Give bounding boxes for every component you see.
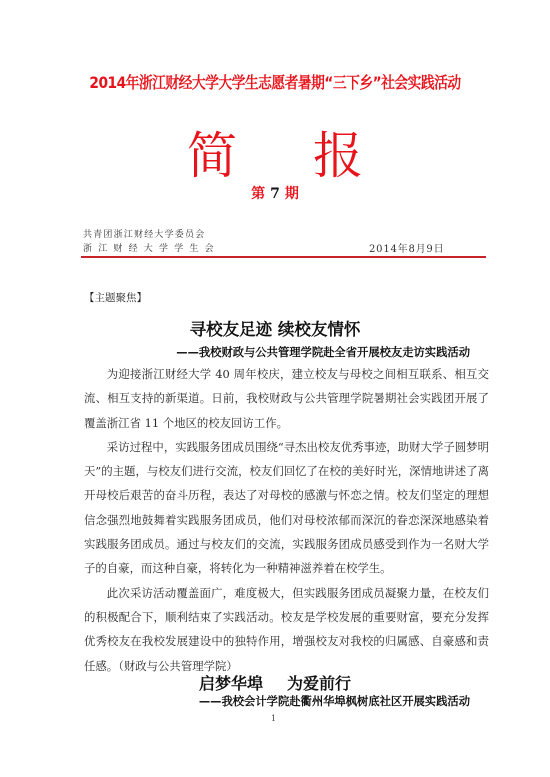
article-2-title-part-2: 为爱前行: [287, 671, 351, 694]
article-1-paragraph: 为迎接浙江财经大学 40 周年校庆，建立校友与母校之间相互联系、相互交流、相互支…: [84, 362, 489, 435]
issue-value: 7: [270, 186, 280, 202]
publish-date: 2014年8月9日: [369, 240, 444, 255]
article-1-paragraph: 采访过程中，实践服务团成员围绕“寻杰出校友优秀事迹，助财大学子圆梦明天”的主题，…: [84, 435, 489, 581]
newsletter-title: 简报: [0, 128, 550, 184]
article-2-title: 启梦华埠 为爱前行: [0, 671, 550, 694]
title-char-1: 简: [187, 128, 237, 184]
banner-heading: 2014年浙江财经大学大学生志愿者暑期“三下乡”社会实践活动: [39, 70, 512, 93]
issue-suffix: 期: [285, 186, 299, 202]
article-2-title-part-1: 启梦华埠: [199, 671, 263, 694]
article-2-subtitle: ——我校会计学院赴衢州华埠枫树底社区开展实践活动: [199, 693, 470, 709]
header-divider: [81, 256, 486, 258]
page-number: 1: [271, 714, 276, 723]
publisher-line-2: 浙江财经大学学生会: [83, 241, 220, 254]
newsletter-page: 2014年浙江财经大学大学生志愿者暑期“三下乡”社会实践活动 简报 第7期 共青…: [0, 0, 550, 777]
issue-number: 第7期: [0, 183, 550, 203]
title-char-2: 报: [313, 128, 363, 184]
publisher-line-1: 共青团浙江财经大学委员会: [83, 227, 205, 240]
issue-prefix: 第: [251, 186, 265, 202]
section-tag: 【主题聚焦】: [84, 290, 147, 305]
article-1-title: 寻校友足迹 续校友情怀: [0, 316, 550, 340]
article-1-body: 为迎接浙江财经大学 40 周年校庆，建立校友与母校之间相互联系、相互交流、相互支…: [84, 362, 489, 678]
article-1-subtitle: ——我校财政与公共管理学院赴全省开展校友走访实践活动: [176, 344, 470, 360]
article-1-paragraph: 此次采访活动覆盖面广，难度极大，但实践服务团成员凝聚力量，在校友们的积极配合下，…: [84, 581, 489, 678]
